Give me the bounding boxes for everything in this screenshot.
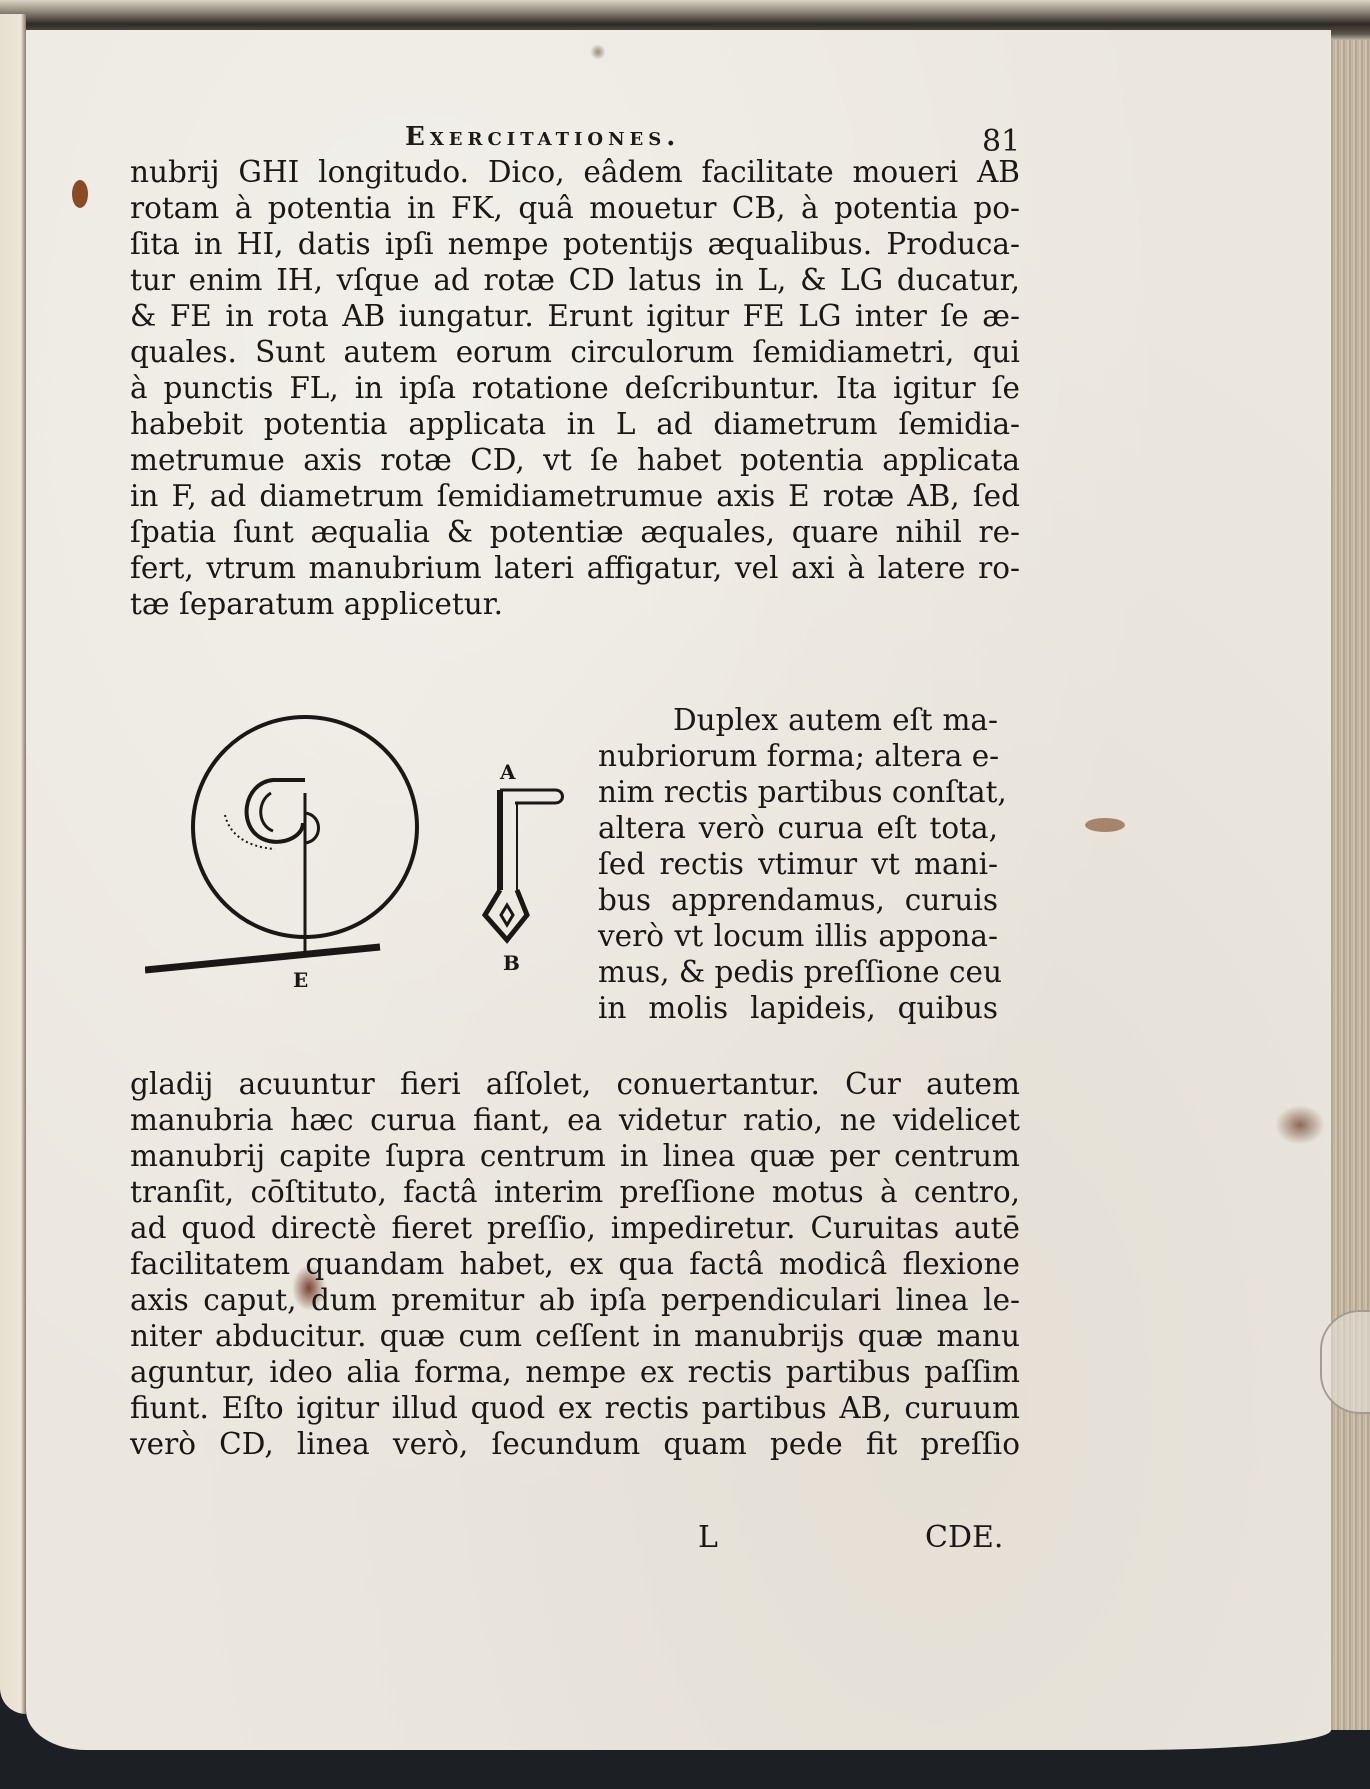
text-line: niter abducitur. quæ cum ceſſent in manu… (130, 1319, 1020, 1353)
svg-text:A: A (499, 760, 516, 784)
text-line: rotam à potentia in FK, quâ mouetur CB, … (130, 191, 1020, 225)
svg-text:B: B (503, 951, 520, 975)
text-line: & FE in rota AB iungatur. Erunt igitur F… (130, 299, 1020, 333)
text-line: in F, ad diametrum ſemidiametrumue axis … (130, 479, 1020, 513)
running-head: Exercitationes. (405, 122, 680, 152)
stain (1275, 1105, 1325, 1145)
text-line: fert, vtrum manubrium lateri affigatur, … (130, 551, 1020, 585)
text-line: verò CD, linea verò, ſecundum quam pede … (130, 1427, 1020, 1461)
text-line: nim rectis partibus conſtat, (598, 775, 998, 809)
text-line: manubria hæc curua fiant, ea videtur rat… (130, 1103, 1020, 1137)
text-line: aguntur, ideo alia forma, nempe ex recti… (130, 1355, 1020, 1389)
text-line: gladij acuuntur fieri aſſolet, conuertan… (130, 1067, 1020, 1101)
page-number: 81 (982, 124, 1020, 159)
text-line: à punctis FL, in ipſa rotatione deſcribu… (130, 371, 1020, 405)
stain (590, 44, 606, 60)
text-line: altera verò curua eſt tota, (598, 811, 998, 845)
text-line: nubriorum forma; altera e- (598, 739, 998, 773)
text-line: tranſit, cōſtituto, factâ interim preſſi… (130, 1175, 1020, 1209)
text-line: tæ ſeparatum applicetur. (130, 587, 1020, 621)
text-line: axis caput, dum premitur ab ipſa perpend… (130, 1283, 1020, 1317)
text-line: ſed rectis vtimur vt mani- (598, 847, 998, 881)
label-e: E (293, 968, 308, 992)
text-line: mus, & pedis preſſione ceu (598, 955, 998, 989)
straight-crank-diagram: A B (485, 760, 563, 975)
crank-wheel-figure: E A B (145, 715, 585, 995)
text-line: nubrij GHI longitudo. Dico, eâdem facili… (130, 155, 1020, 189)
page-tab (1320, 1310, 1370, 1414)
text-line: verò vt locum illis appona- (598, 919, 998, 953)
text-line: habebit potentia applicata in L ad diame… (130, 407, 1020, 441)
text-line: fiunt. Eſto igitur illud quod ex rectis … (130, 1391, 1020, 1425)
catchword: CDE. (925, 1520, 1003, 1555)
text-line: ad quod directè fieret preſſio, impedire… (130, 1211, 1020, 1245)
text-line: tur enim IH, vſque ad rotæ CD latus in L… (130, 263, 1020, 297)
text-line: ſpatia ſunt æqualia & potentiæ æquales, … (130, 515, 1020, 549)
signature-mark: L (698, 1520, 718, 1555)
stain (72, 180, 88, 208)
text-line: manubrij capite ſupra centrum in linea q… (130, 1139, 1020, 1173)
stain (1085, 818, 1125, 832)
text-line: in molis lapideis, quibus (598, 991, 998, 1025)
text-line: Duplex autem eſt ma- (673, 703, 998, 737)
left-page-edge (0, 14, 26, 1714)
text-line: metrumue axis rotæ CD, vt ſe habet poten… (130, 443, 1020, 477)
text-line: quales. Sunt autem eorum circulorum ſemi… (130, 335, 1020, 369)
text-line: ſita in HI, datis ipſi nempe potentijs æ… (130, 227, 1020, 261)
text-line: bus apprendamus, curuis (598, 883, 998, 917)
text-line: facilitatem quandam habet, ex qua factâ … (130, 1247, 1020, 1281)
wheel-diagram (145, 717, 417, 970)
